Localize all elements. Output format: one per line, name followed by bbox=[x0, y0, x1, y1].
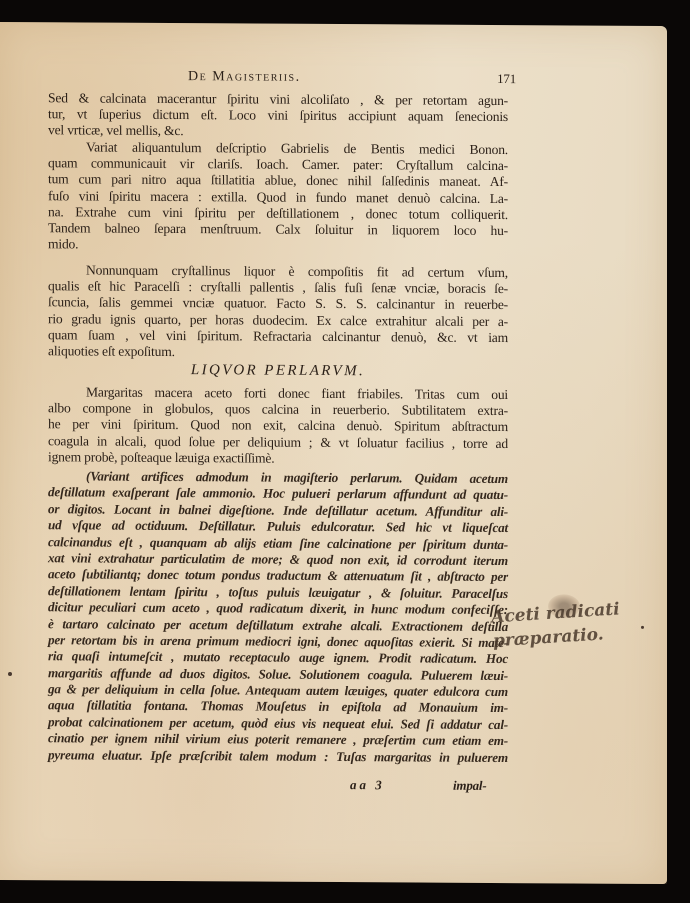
text-line: aliquoties eſt expoſitum. bbox=[48, 343, 508, 362]
ink-speck bbox=[8, 672, 12, 676]
section-heading: LIQVOR PERLARVM. bbox=[48, 361, 508, 380]
text-line: ignem probè, poſteaque læuiga exactiſſim… bbox=[48, 449, 508, 468]
ink-speck bbox=[641, 626, 644, 629]
running-title: De Magisteriis. bbox=[188, 69, 301, 86]
text-line: pyreuma eluatur. Ipſe præſcribit talem m… bbox=[48, 747, 508, 766]
handwritten-margin-note: Aceti radicati præparatio. bbox=[490, 597, 622, 653]
text-column: De Magisteriis. 171 Sed & calcinata mace… bbox=[48, 22, 508, 25]
catchword: impal- bbox=[453, 778, 486, 794]
scan-frame: De Magisteriis. 171 Sed & calcinata mace… bbox=[0, 0, 690, 903]
page-number: 171 bbox=[497, 71, 516, 87]
book-page: De Magisteriis. 171 Sed & calcinata mace… bbox=[0, 22, 667, 884]
running-head: De Magisteriis. 171 bbox=[48, 68, 508, 89]
footer-line: aa 3 impal- bbox=[48, 775, 508, 778]
paragraph-2: Variat aliquantulum deſcriptio Gabrielis… bbox=[48, 139, 508, 255]
text-line: Tandem balneo ſepara menſtruum. Calx ſol… bbox=[48, 220, 508, 239]
text-line: mido. bbox=[48, 236, 508, 255]
signature-mark: aa 3 bbox=[350, 777, 385, 793]
paragraph-1: Sed & calcinata macerantur ſpiritu vini … bbox=[48, 90, 508, 141]
paragraph-4: Margaritas macera aceto forti donec fian… bbox=[48, 384, 508, 468]
italic-commentary: (Variant artifices admodum in magiſterio… bbox=[48, 468, 508, 766]
paragraph-3: Nonnunquam cryſtallinus liquor è compoſi… bbox=[48, 262, 508, 362]
